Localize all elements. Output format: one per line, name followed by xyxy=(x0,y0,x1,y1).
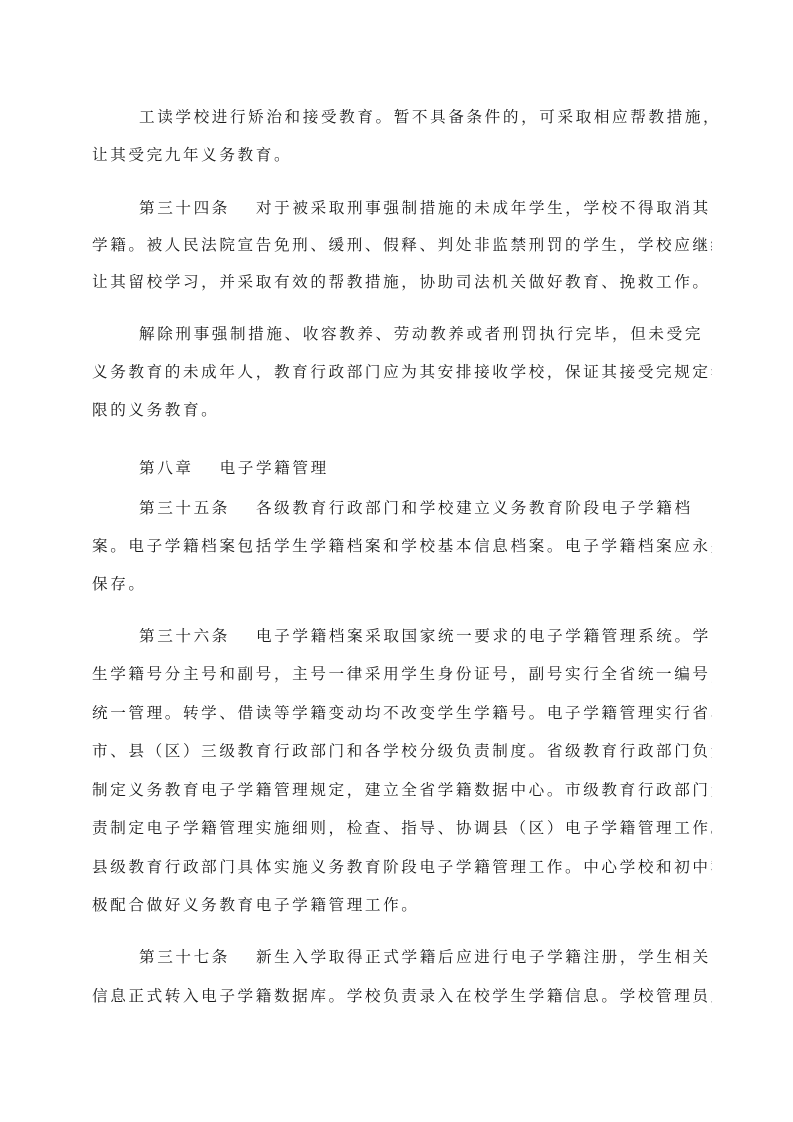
paragraph-line: 学籍。被人民法院宣告免刑、缓刑、假释、判处非监禁刑罚的学生，学校应继续 xyxy=(92,234,712,256)
line-text: 限的义务教育。 xyxy=(92,401,219,419)
paragraph-line: 限的义务教育。 xyxy=(92,399,712,421)
article-number: 第三十四条 xyxy=(139,199,230,217)
line-text: 统一管理。转学、借读等学籍变动均不改变学生学籍号。电子学籍管理实行省、 xyxy=(92,704,712,722)
line-text: 解除刑事强制措施、收容教养、劳动教养或者刑罚执行完毕，但未受完 xyxy=(139,325,703,343)
paragraph-line: 责制定电子学籍管理实施细则，检查、指导、协调县（区）电子学籍管理工作。 xyxy=(92,817,712,839)
line-text: 市、县（区）三级教育行政部门和各学校分级负责制度。省级教育行政部门负责 xyxy=(92,742,712,760)
line-text: 学籍。被人民法院宣告免刑、缓刑、假释、判处非监禁刑罚的学生，学校应继续 xyxy=(92,236,712,254)
article-number: 第三十五条 xyxy=(139,499,230,517)
paragraph-line: 保存。 xyxy=(92,573,712,595)
article-number: 第三十六条 xyxy=(139,627,230,645)
line-text: 新生入学取得正式学籍后应进行电子学籍注册，学生相关 xyxy=(256,948,711,966)
paragraph-line: 工读学校进行矫治和接受教育。暂不具备条件的，可采取相应帮教措施， xyxy=(139,106,759,128)
chapter-number: 第八章 xyxy=(139,459,194,477)
paragraph-line: 案。电子学籍档案包括学生学籍档案和学校基本信息档案。电子学籍档案应永久 xyxy=(92,535,712,557)
paragraph-line: 制定义务教育电子学籍管理规定，建立全省学籍数据中心。市级教育行政部门负 xyxy=(92,779,712,801)
article-35-heading-line: 第三十五条各级教育行政部门和学校建立义务教育阶段电子学籍档 xyxy=(139,497,759,519)
paragraph-line: 解除刑事强制措施、收容教养、劳动教养或者刑罚执行完毕，但未受完 xyxy=(139,323,759,345)
line-text: 各级教育行政部门和学校建立义务教育阶段电子学籍档 xyxy=(256,499,693,517)
chapter-title: 电子学籍管理 xyxy=(220,459,329,477)
chapter-heading: 第八章电子学籍管理 xyxy=(139,457,759,479)
paragraph-line: 信息正式转入电子学籍数据库。学校负责录入在校学生学籍信息。学校管理员应 xyxy=(92,985,712,1007)
line-text: 让其留校学习，并采取有效的帮教措施，协助司法机关做好教育、挽救工作。 xyxy=(92,273,711,291)
paragraph-line: 县级教育行政部门具体实施义务教育阶段电子学籍管理工作。中心学校和初中积 xyxy=(92,856,712,878)
paragraph-line: 让其留校学习，并采取有效的帮教措施，协助司法机关做好教育、挽救工作。 xyxy=(92,271,712,293)
line-text: 制定义务教育电子学籍管理规定，建立全省学籍数据中心。市级教育行政部门负 xyxy=(92,781,712,799)
paragraph-line: 生学籍号分主号和副号，主号一律采用学生身份证号，副号实行全省统一编号， xyxy=(92,663,712,685)
line-text: 责制定电子学籍管理实施细则，检查、指导、协调县（区）电子学籍管理工作。 xyxy=(92,819,712,837)
article-34-heading-line: 第三十四条对于被采取刑事强制措施的未成年学生，学校不得取消其 xyxy=(139,197,759,219)
line-text: 电子学籍档案采取国家统一要求的电子学籍管理系统。学 xyxy=(256,627,711,645)
line-text: 让其受完九年义务教育。 xyxy=(92,146,292,164)
paragraph-line: 统一管理。转学、借读等学籍变动均不改变学生学籍号。电子学籍管理实行省、 xyxy=(92,702,712,724)
paragraph-line: 极配合做好义务教育电子学籍管理工作。 xyxy=(92,894,712,916)
paragraph-line: 让其受完九年义务教育。 xyxy=(92,144,712,166)
paragraph-line: 市、县（区）三级教育行政部门和各学校分级负责制度。省级教育行政部门负责 xyxy=(92,740,712,762)
line-text: 对于被采取刑事强制措施的未成年学生，学校不得取消其 xyxy=(256,199,711,217)
line-text: 生学籍号分主号和副号，主号一律采用学生身份证号，副号实行全省统一编号， xyxy=(92,665,712,683)
paragraph-line: 义务教育的未成年人，教育行政部门应为其安排接收学校，保证其接受完规定年 xyxy=(92,361,712,383)
article-number: 第三十七条 xyxy=(139,948,230,966)
line-text: 县级教育行政部门具体实施义务教育阶段电子学籍管理工作。中心学校和初中积 xyxy=(92,858,712,876)
line-text: 案。电子学籍档案包括学生学籍档案和学校基本信息档案。电子学籍档案应永久 xyxy=(92,537,712,555)
line-text: 工读学校进行矫治和接受教育。暂不具备条件的，可采取相应帮教措施， xyxy=(139,108,721,126)
line-text: 义务教育的未成年人，教育行政部门应为其安排接收学校，保证其接受完规定年 xyxy=(92,363,712,381)
line-text: 信息正式转入电子学籍数据库。学校负责录入在校学生学籍信息。学校管理员应 xyxy=(92,987,712,1005)
line-text: 极配合做好义务教育电子学籍管理工作。 xyxy=(92,896,420,914)
document-page: 工读学校进行矫治和接受教育。暂不具备条件的，可采取相应帮教措施， 让其受完九年义… xyxy=(0,0,793,1122)
line-text: 保存。 xyxy=(92,575,147,593)
article-36-heading-line: 第三十六条电子学籍档案采取国家统一要求的电子学籍管理系统。学 xyxy=(139,625,759,647)
article-37-heading-line: 第三十七条新生入学取得正式学籍后应进行电子学籍注册，学生相关 xyxy=(139,946,759,968)
